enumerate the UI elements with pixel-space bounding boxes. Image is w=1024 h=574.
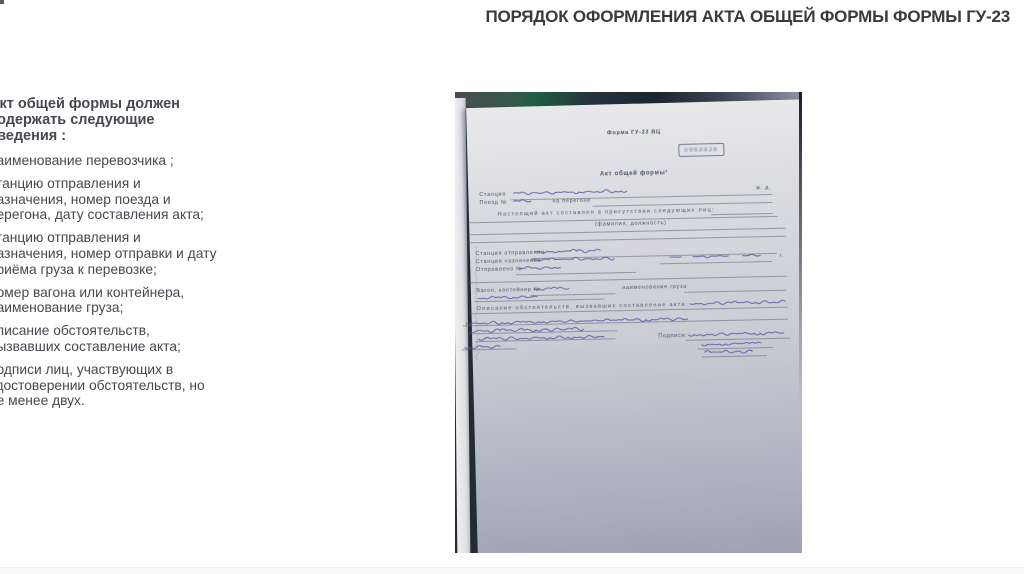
handwritten-entry: [512, 195, 534, 205]
handwritten-entry: [669, 251, 683, 261]
form-line: [684, 290, 786, 293]
form-line: [702, 355, 767, 357]
corner-mark: [0, 0, 4, 4]
list-item: станцию отправления и назначения, номер …: [0, 176, 222, 223]
signatures-label: Подписи:: [658, 333, 687, 340]
form-line: [660, 261, 772, 264]
bottom-strip: [0, 567, 1024, 574]
bullet-list: Акт общей формы должен содержать следующ…: [0, 96, 222, 416]
stretch-label: на перегоне: [552, 198, 591, 205]
form-line: [469, 276, 787, 284]
stamp-box: 0963936: [678, 143, 724, 157]
station-label: Станция: [479, 192, 506, 199]
handwritten-entry: [518, 261, 563, 272]
name-position-label: (фамилия, должность): [595, 220, 667, 228]
year-suffix-label: г.: [780, 253, 784, 259]
dispatch-no-label: Отправлено №: [476, 266, 523, 273]
list-item: номер вагона или контейнера, наименовани…: [0, 285, 222, 317]
form-line: [593, 202, 773, 207]
slide: { "title": "ПОРЯДОК ОФОРМЛЕНИЯ АКТА ОБЩЕ…: [0, 0, 1024, 574]
handwritten-entry: [532, 282, 574, 293]
form-line: [468, 236, 786, 244]
bullet-list-heading: Акт общей формы должен содержать следующ…: [0, 96, 222, 144]
cargo-name-label: наименование груза: [622, 284, 687, 291]
photo-edge: [799, 92, 802, 405]
list-item: наименование перевозчика ;: [0, 153, 222, 169]
drawn-up-label: Настоящий акт составлен в присутствии сл…: [498, 207, 715, 218]
form-code-label: Форма ГУ-23 ВЦ: [607, 129, 661, 136]
handwritten-entry: [741, 249, 765, 260]
form-line: [468, 228, 786, 236]
form-line: [516, 272, 636, 276]
handwritten-entry: [688, 296, 786, 308]
page-title: ПОРЯДОК ОФОРМЛЕНИЯ АКТА ОБЩЕЙ ФОРМЫ ФОРМ…: [485, 7, 1010, 27]
form-line: [711, 213, 773, 215]
stamp-number: 0963936: [684, 147, 718, 154]
form-title-label: Акт общей формы¹: [600, 170, 668, 177]
handwritten-entry: [692, 250, 734, 261]
list-item: станцию отправления и назначения, номер …: [0, 230, 222, 277]
railway-label: ж. д.: [756, 185, 771, 191]
form-line: [530, 293, 615, 296]
document-photo: Форма ГУ-23 ВЦ 0963936 Акт общей формы¹ …: [455, 92, 802, 553]
list-item: описание обстоятельств, вызвавших состав…: [0, 323, 222, 355]
list-item: подписи лиц, участвующих в удостоверении…: [0, 362, 222, 409]
form-content: Форма ГУ-23 ВЦ 0963936 Акт общей формы¹ …: [455, 92, 802, 553]
train-label: Поезд №: [479, 200, 507, 207]
